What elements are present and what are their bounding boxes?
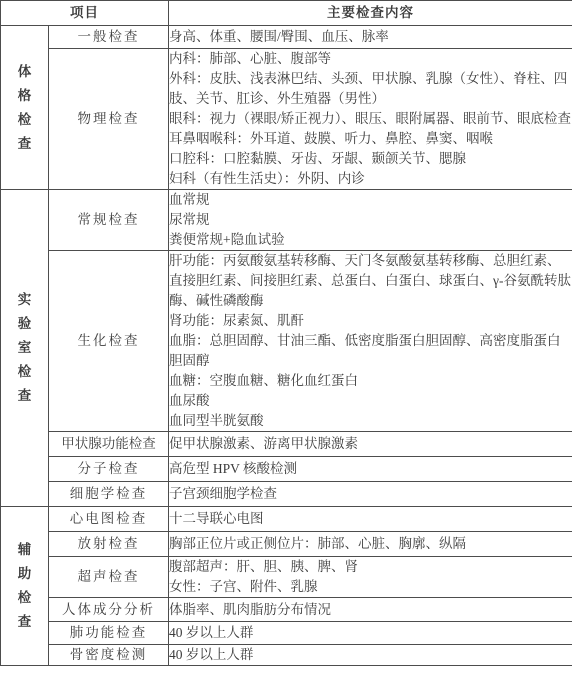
table-row: 超声检查 腹部超声：肝、胆、胰、脾、肾 女性：子宫、附件、乳腺	[1, 557, 572, 598]
item-cell: 常规检查	[49, 190, 169, 251]
content-cell: 血常规 尿常规 粪便常规+隐血试验	[169, 190, 572, 251]
content-cell: 促甲状腺激素、游离甲状腺激素	[169, 432, 572, 457]
table-row: 甲状腺功能检查 促甲状腺激素、游离甲状腺激素	[1, 432, 572, 457]
table-row: 放射检查 胸部正位片或正侧位片：肺部、心脏、胸廓、纵隔	[1, 532, 572, 557]
table-header-row: 项目 主要检查内容	[1, 1, 572, 26]
table-row: 细胞学检查 子宫颈细胞学检查	[1, 482, 572, 507]
content-line: 血脂：总胆固醇、甘油三酯、低密度脂蛋白胆固醇、高密度脂蛋白胆固醇	[169, 331, 572, 371]
content-line: 血常规	[169, 190, 572, 210]
content-cell: 高危型 HPV 核酸检测	[169, 457, 572, 482]
item-cell: 细胞学检查	[49, 482, 169, 507]
header-cell-item: 项目	[1, 1, 169, 26]
table-row: 分子检查 高危型 HPV 核酸检测	[1, 457, 572, 482]
content-line: 十二导联心电图	[169, 509, 572, 529]
group-label: 辅助检查	[17, 538, 33, 634]
item-cell: 人体成分分析	[49, 598, 169, 622]
content-line: 外科：皮肤、浅表淋巴结、头颈、甲状腺、乳腺（女性）、脊柱、四肢、关节、肛诊、外生…	[169, 69, 572, 109]
content-line: 肾功能：尿素氮、肌酐	[169, 311, 572, 331]
content-line: 40 岁以上人群	[169, 645, 572, 665]
group-cell-auxiliary-exam: 辅助检查	[1, 507, 49, 666]
content-line: 高危型 HPV 核酸检测	[169, 459, 572, 479]
item-cell: 心电图检查	[49, 507, 169, 532]
table-row: 生化检查 肝功能：丙氨酸氨基转移酶、天门冬氨酸氨基转移酶、总胆红素、直接胆红素、…	[1, 251, 572, 432]
content-line: 血糖：空腹血糖、糖化血红蛋白	[169, 371, 572, 391]
content-line: 内科：肺部、心脏、腹部等	[169, 49, 572, 69]
table-row: 肺功能检查 40 岁以上人群	[1, 622, 572, 645]
content-cell: 腹部超声：肝、胆、胰、脾、肾 女性：子宫、附件、乳腺	[169, 557, 572, 598]
content-line: 身高、体重、腰围/臀围、血压、脉率	[169, 27, 572, 47]
content-line: 子宫颈细胞学检查	[169, 484, 572, 504]
content-line: 口腔科：口腔黏膜、牙齿、牙龈、颞颌关节、腮腺	[169, 149, 572, 169]
group-label: 体格检查	[17, 60, 33, 156]
content-line: 腹部超声：肝、胆、胰、脾、肾	[169, 557, 572, 577]
group-cell-physical-exam: 体格检查	[1, 26, 49, 190]
content-line: 尿常规	[169, 210, 572, 230]
item-cell: 生化检查	[49, 251, 169, 432]
table-row: 体格检查 一般检查 身高、体重、腰围/臀围、血压、脉率	[1, 26, 572, 49]
table-row: 人体成分分析 体脂率、肌肉脂肪分布情况	[1, 598, 572, 622]
group-label: 实验室检查	[17, 288, 33, 408]
content-line: 耳鼻咽喉科：外耳道、鼓膜、听力、鼻腔、鼻窦、咽喉	[169, 129, 572, 149]
group-cell-laboratory-exam: 实验室检查	[1, 190, 49, 507]
content-line: 促甲状腺激素、游离甲状腺激素	[169, 434, 572, 454]
content-cell: 内科：肺部、心脏、腹部等 外科：皮肤、浅表淋巴结、头颈、甲状腺、乳腺（女性）、脊…	[169, 49, 572, 190]
content-line: 妇科（有性生活史）：外阴、内诊	[169, 169, 572, 189]
content-cell: 十二导联心电图	[169, 507, 572, 532]
content-cell: 身高、体重、腰围/臀围、血压、脉率	[169, 26, 572, 49]
table-row: 骨密度检测 40 岁以上人群	[1, 645, 572, 666]
header-cell-content: 主要检查内容	[169, 1, 572, 26]
content-cell: 胸部正位片或正侧位片：肺部、心脏、胸廓、纵隔	[169, 532, 572, 557]
item-cell: 物理检查	[49, 49, 169, 190]
content-line: 眼科：视力（裸眼/矫正视力）、眼压、眼附属器、眼前节、眼底检查	[169, 109, 572, 129]
table-row: 物理检查 内科：肺部、心脏、腹部等 外科：皮肤、浅表淋巴结、头颈、甲状腺、乳腺（…	[1, 49, 572, 190]
content-cell: 40 岁以上人群	[169, 622, 572, 645]
content-line: 女性：子宫、附件、乳腺	[169, 577, 572, 597]
content-cell: 肝功能：丙氨酸氨基转移酶、天门冬氨酸氨基转移酶、总胆红素、直接胆红素、间接胆红素…	[169, 251, 572, 432]
medical-exam-table: 项目 主要检查内容 体格检查 一般检查 身高、体重、腰围/臀围、血压、脉率 物理…	[0, 0, 572, 666]
item-cell: 骨密度检测	[49, 645, 169, 666]
content-line: 粪便常规+隐血试验	[169, 230, 572, 250]
item-cell: 分子检查	[49, 457, 169, 482]
content-cell: 40 岁以上人群	[169, 645, 572, 666]
content-line: 胸部正位片或正侧位片：肺部、心脏、胸廓、纵隔	[169, 534, 572, 554]
item-cell: 超声检查	[49, 557, 169, 598]
content-line: 血尿酸	[169, 391, 572, 411]
item-cell: 肺功能检查	[49, 622, 169, 645]
content-cell: 体脂率、肌肉脂肪分布情况	[169, 598, 572, 622]
item-cell: 甲状腺功能检查	[49, 432, 169, 457]
content-line: 肝功能：丙氨酸氨基转移酶、天门冬氨酸氨基转移酶、总胆红素、直接胆红素、间接胆红素…	[169, 251, 572, 311]
item-cell: 放射检查	[49, 532, 169, 557]
content-line: 40 岁以上人群	[169, 623, 572, 643]
content-line: 体脂率、肌肉脂肪分布情况	[169, 600, 572, 620]
content-line: 血同型半胱氨酸	[169, 411, 572, 431]
content-cell: 子宫颈细胞学检查	[169, 482, 572, 507]
table-row: 辅助检查 心电图检查 十二导联心电图	[1, 507, 572, 532]
item-cell: 一般检查	[49, 26, 169, 49]
table-row: 实验室检查 常规检查 血常规 尿常规 粪便常规+隐血试验	[1, 190, 572, 251]
